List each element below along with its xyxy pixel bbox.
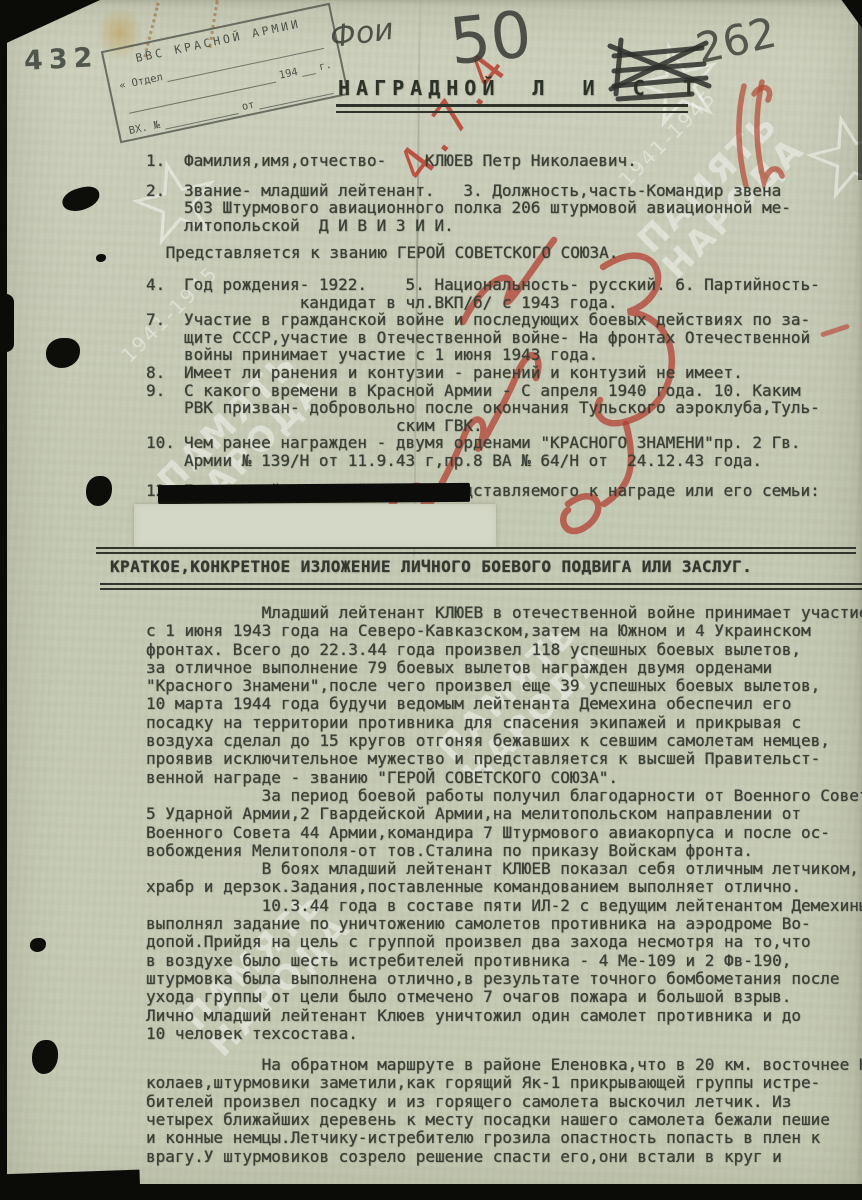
stamp-year-label: 194 <box>278 66 299 82</box>
paragraph: За период боевой работы получил благодар… <box>146 787 862 860</box>
text-line: храбр и дерзок.Задания,поставленные кома… <box>146 878 862 896</box>
form-items: 1.Фамилия,имя,отчество- КЛЮЕВ Петр Никол… <box>146 152 858 470</box>
text-line: 10 марта 1944 года будучи ведомым лейтен… <box>146 695 862 713</box>
text-line: и конные немцы.Летчику-истребителю грози… <box>146 1129 862 1147</box>
page-number-stamp: 432 <box>23 42 99 77</box>
item-number: 1. <box>146 152 165 170</box>
scanned-award-document: ☆ 1941-1945 ПАМЯТЬ НАРОДА ☆ 1941-1945 ПА… <box>0 0 862 1200</box>
paragraph: На обратном маршруте в районе Еленовка,ч… <box>146 1056 862 1166</box>
item-number: 9. <box>146 382 165 400</box>
redaction-bar <box>158 483 470 504</box>
text-line: допой.Прийдя на цель с группой произвел … <box>146 933 862 951</box>
paragraph: Младший лейтенант КЛЮЕВ в отечественной … <box>146 604 862 787</box>
text-line: 503 Штурмового авиационного полка 206 шт… <box>184 199 858 217</box>
text-line: врагу.У штурмовиков созрело решение спас… <box>146 1148 862 1166</box>
form-item: Представляется к званию ГЕРОЙ СОВЕТСКОГО… <box>146 244 858 262</box>
text-line: Участие в гражданской войне и последующи… <box>184 311 858 329</box>
stamp-year-suffix: г. <box>318 59 333 73</box>
pencil-number-top: 50 <box>446 0 535 80</box>
text-line: венной награде - званию "ГЕРОЙ СОВЕТСКОГ… <box>146 769 862 787</box>
form-item: 2.Звание- младший лейтенант. 3. Должност… <box>146 182 858 235</box>
text-line: фронтах. Всего до 22.3.44 года произвел … <box>146 641 862 659</box>
section-header: КРАТКОЕ,КОНКРЕТНОЕ ИЗЛОЖЕНИЕ ЛИЧНОГО БОЕ… <box>110 557 752 576</box>
stamp-from-label: от <box>241 99 256 113</box>
text-line: Представляется к званию ГЕРОЙ СОВЕТСКОГО… <box>156 244 858 262</box>
text-line: кандидат в чл.ВКП/б/ с 1943 года. <box>184 294 858 312</box>
text-line: Младший лейтенант КЛЮЕВ в отечественной … <box>146 604 862 622</box>
text-line: Армии № 139/Н от 11.9.43 г,пр.8 ВА № 64/… <box>184 452 858 470</box>
paragraph: В боях младший лейтенант КЛЮЕВ показал с… <box>146 860 862 897</box>
text-line: колаев,штурмовики заметили,как горящий Я… <box>146 1074 862 1092</box>
text-line: четырех ближайших деревень к месту посад… <box>146 1111 862 1129</box>
scan-edge-right <box>858 0 862 180</box>
text-line: В боях младший лейтенант КЛЮЕВ показал с… <box>146 860 862 878</box>
stamp-blank-line <box>300 62 316 77</box>
text-line: Чем ранее награжден - двумя орденами "КР… <box>184 434 858 452</box>
item-number: 4. <box>146 276 165 294</box>
text-line: бителей произвел посадку и из горящего с… <box>146 1093 862 1111</box>
text-line: Фамилия,имя,отчество- КЛЮЕВ Петр Николае… <box>184 152 858 170</box>
stamp-dept-label: « Отдел <box>118 71 164 92</box>
text-line: Год рождения- 1922. 5. Национальность- р… <box>184 276 858 294</box>
text-line: выполнял задание по уничтожению самолето… <box>146 915 862 933</box>
text-line: в воздухе было шесть истребителей против… <box>146 952 862 970</box>
document-title: НАГРАДНОЙ Л И С Т <box>338 76 701 100</box>
form-item: 1.Фамилия,имя,отчество- КЛЮЕВ Петр Никол… <box>146 152 858 170</box>
text-line: 10 человек техсостава. <box>146 1025 862 1043</box>
section-divider-line <box>100 583 862 590</box>
section-divider-line <box>96 547 856 554</box>
item-number: 7. <box>146 311 165 329</box>
text-line: На обратном маршруте в районе Еленовка,ч… <box>146 1056 862 1074</box>
form-item: 9.С какого времени в Красной Армии - С а… <box>146 382 858 435</box>
edge-notch <box>0 294 14 352</box>
text-line: Военного Совета 44 Армии,командира 7 Шту… <box>146 824 862 842</box>
text-line: РВК призван- добровольно после окончания… <box>184 399 858 417</box>
form-item: 8.Имеет ли ранения и контузии - ранений … <box>146 364 858 382</box>
text-line: проявив исключительное мужество и предст… <box>146 750 862 768</box>
item-number: 8. <box>146 364 165 382</box>
text-line: штурмовка была выполнена отлично,в резул… <box>146 970 862 988</box>
text-line: С какого времени в Красной Армии - С апр… <box>184 382 858 400</box>
text-line: Имеет ли ранения и контузии - ранений и … <box>184 364 858 382</box>
scan-edge-bottom-left <box>0 1170 140 1200</box>
text-line: с 1 июня 1943 года на Северо-Кавказском,… <box>146 622 862 640</box>
form-item: 7.Участие в гражданской войне и последую… <box>146 311 858 364</box>
text-line: "Красного Знамени",после чего произвел е… <box>146 677 862 695</box>
text-line: посадку на территории противника для спа… <box>146 714 862 732</box>
text-line: литопольской Д И В И З И И. <box>184 217 858 235</box>
scan-edge-left <box>0 0 7 1200</box>
item-number: 2. <box>146 182 165 200</box>
form-item: 10.Чем ранее награжден - двумя орденами … <box>146 434 858 469</box>
item-number: 10. <box>146 434 175 452</box>
text-line: ухода группы от цели было отмечено 7 оча… <box>146 988 862 1006</box>
text-line: воздуха сделал до 15 кругов отгоняя бежа… <box>146 732 862 750</box>
form-item: 4.Год рождения- 1922. 5. Национальность-… <box>146 276 858 311</box>
text-line: за отличное выполнение 79 боевых вылетов… <box>146 659 862 677</box>
paragraph: 10.3.44 года в составе пяти ИЛ-2 с ведущ… <box>146 897 862 1043</box>
narrative-text: Младший лейтенант КЛЮЕВ в отечественной … <box>146 604 862 1166</box>
title-underline <box>336 104 688 113</box>
text-line: ским ГВК. <box>184 417 858 435</box>
text-line: 10.3.44 года в составе пяти ИЛ-2 с ведущ… <box>146 897 862 915</box>
text-line: Лично младший лейтенант Клюев уничтожил … <box>146 1007 862 1025</box>
redacted-address-box <box>134 504 496 547</box>
stamp-incoming-number-label: ВХ. № <box>128 119 161 137</box>
text-line: Звание- младший лейтенант. 3. Должность,… <box>184 182 858 200</box>
text-line: За период боевой работы получил благодар… <box>146 787 862 805</box>
text-line: щите СССР,участие в Отечественной войне-… <box>184 329 858 347</box>
text-line: 5 Ударной Армии,2 Гвардейской Армии,на м… <box>146 805 862 823</box>
text-line: вобождения Мелитополя-от тов.Сталина по … <box>146 842 862 860</box>
text-line: войны принимает участие с 1 июня 1943 го… <box>184 346 858 364</box>
